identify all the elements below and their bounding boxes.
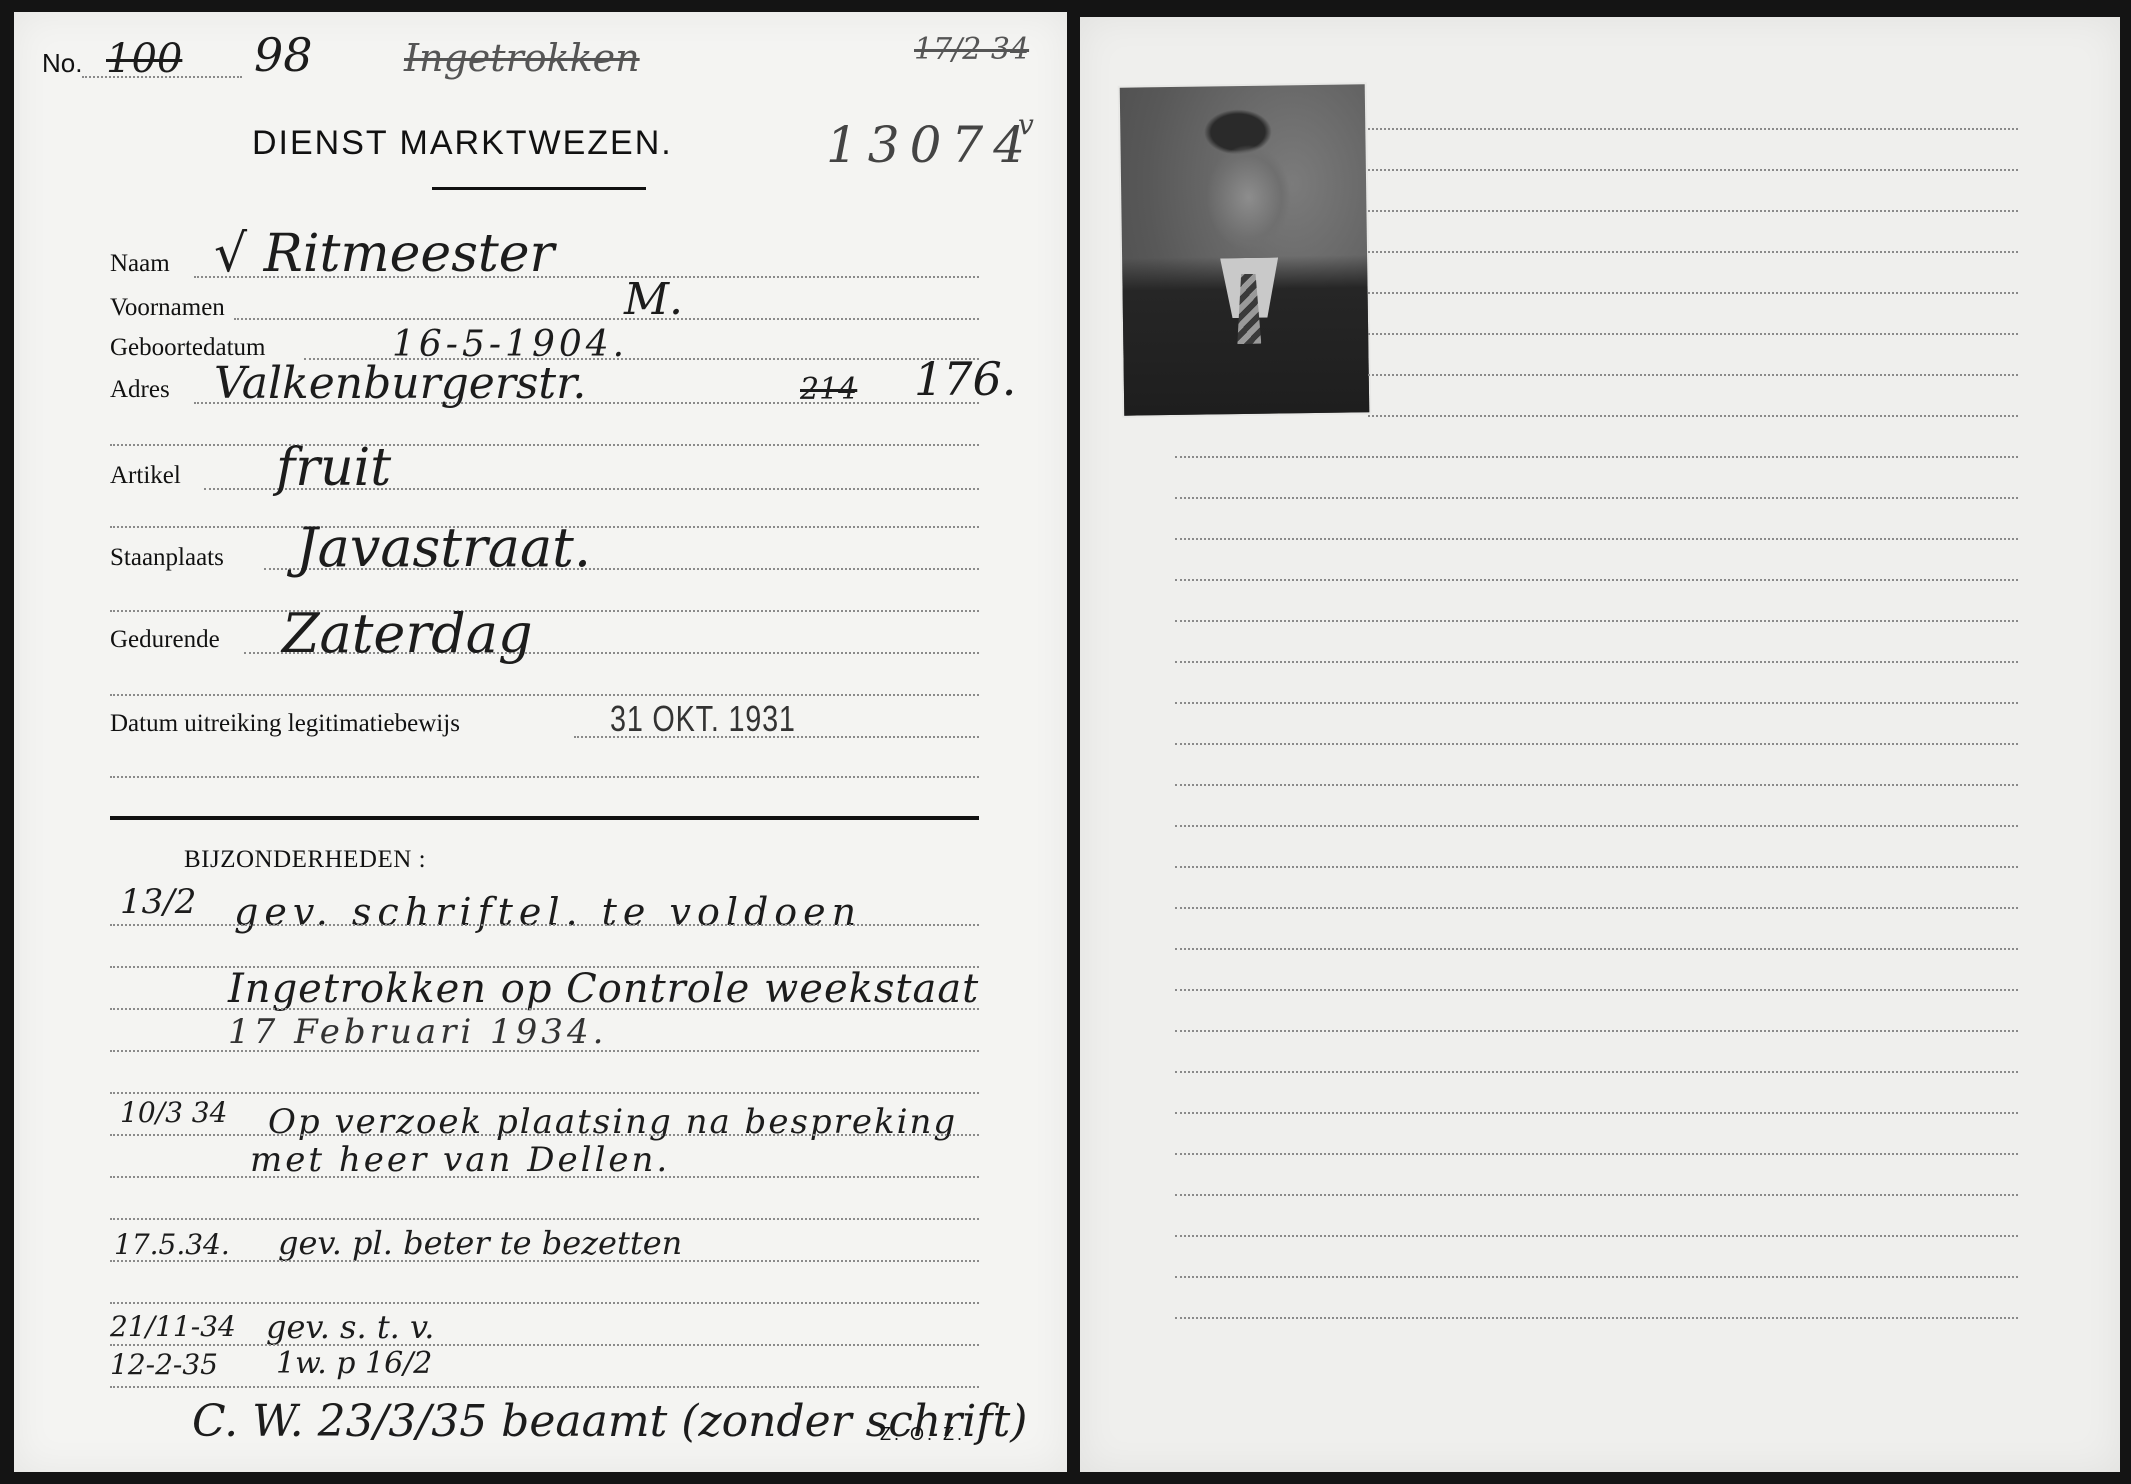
back-ruled-line (1368, 169, 2018, 171)
remark-text: met heer van Dellen. (250, 1140, 670, 1180)
field-line (110, 776, 979, 778)
file-check-mark: v (1018, 108, 1034, 141)
remark-line (110, 1302, 979, 1304)
back-ruled-line (1175, 825, 2018, 827)
remark-text: 1w. p 16/2 (276, 1346, 432, 1381)
field-line (234, 318, 979, 320)
remark-date: 12-2-35 (110, 1348, 218, 1381)
remark-date: 17.5.34. (114, 1228, 230, 1261)
file-number: 13074 (826, 116, 1035, 174)
field-label-adres: Adres (110, 376, 170, 404)
back-ruled-line (1368, 128, 2018, 130)
field-value-adres: Valkenburgerstr. (214, 358, 586, 409)
back-ruled-line (1175, 538, 2018, 540)
remark-line (110, 1008, 979, 1010)
field-line (110, 610, 979, 612)
back-ruled-line (1175, 456, 2018, 458)
remark-line (110, 1050, 979, 1052)
remark-text: gev. pl. beter te bezetten (278, 1224, 682, 1262)
field-label-artikel: Artikel (110, 462, 181, 490)
back-ruled-line (1368, 374, 2018, 376)
turn-over-note: Z. O. Z. (880, 1424, 965, 1445)
remark-line (110, 1218, 979, 1220)
remark-date: 10/3 34 (120, 1096, 227, 1129)
back-ruled-line (1368, 333, 2018, 335)
remark-line (110, 1260, 979, 1262)
title-underline (432, 187, 646, 190)
back-ruled-line (1175, 784, 2018, 786)
remark-text: Op verzoek plaatsing na bespreking (268, 1102, 957, 1142)
card-number: 98 (254, 28, 313, 82)
back-ruled-line (1175, 620, 2018, 622)
field-label-datum-uitreiking: Datum uitreiking legitimatiebewijs (110, 710, 460, 738)
back-ruled-line (1175, 866, 2018, 868)
field-value-artikel: fruit (276, 438, 391, 498)
remark-date: 21/11-34 (110, 1310, 236, 1343)
remark-text: gev. schriftel. te voldoen (234, 890, 862, 934)
page-title: DIENST MARKTWEZEN. (252, 124, 673, 163)
field-value-gedurende: Zaterdag (282, 602, 533, 665)
back-ruled-line (1175, 661, 2018, 663)
field-value-naam: √ Ritmeester (214, 224, 554, 284)
back-ruled-line (1175, 989, 2018, 991)
back-ruled-line (1175, 907, 2018, 909)
field-label-voornamen: Voornamen (110, 294, 225, 322)
back-ruled-line (1368, 415, 2018, 417)
field-line (110, 444, 979, 446)
remark-line (110, 1176, 979, 1178)
number-label: No. (42, 48, 82, 79)
struck-note-date: 17/2 34 (914, 32, 1029, 67)
remark-line (110, 1134, 979, 1136)
back-ruled-line (1175, 1276, 2018, 1278)
remark-line (110, 1344, 979, 1346)
remark-line (110, 924, 979, 926)
field-label-staanplaats: Staanplaats (110, 544, 224, 572)
back-ruled-line (1175, 497, 2018, 499)
number-struck: 100 (106, 36, 182, 82)
back-ruled-line (1175, 743, 2018, 745)
remark-line (110, 1386, 979, 1388)
back-ruled-line (1175, 579, 2018, 581)
field-value-adres-struck: 214 (800, 372, 857, 407)
back-ruled-line (1175, 1153, 2018, 1155)
issue-date-stamp: 31 OKT. 1931 (610, 698, 796, 740)
field-value-voornamen: M. (624, 274, 683, 325)
back-ruled-line (1175, 1071, 2018, 1073)
back-ruled-line (1368, 292, 2018, 294)
remark-line (110, 1092, 979, 1094)
field-value-staanplaats: Javastraat. (296, 516, 591, 579)
section-divider (110, 816, 979, 820)
back-ruled-line (1368, 210, 2018, 212)
registration-card-front: No. 100 98 Ingetrokken 17/2 34 DIENST MA… (14, 12, 1067, 1472)
remarks-heading: BIJZONDERHEDEN : (184, 846, 426, 874)
struck-note: Ingetrokken (404, 36, 640, 80)
field-line (110, 694, 979, 696)
back-ruled-line (1175, 1194, 2018, 1196)
back-ruled-line (1175, 1112, 2018, 1114)
back-ruled-line (1175, 1235, 2018, 1237)
back-ruled-line (1175, 702, 2018, 704)
remark-date: 13/2 (120, 882, 196, 922)
field-label-naam: Naam (110, 250, 170, 278)
remark-text: Ingetrokken op Controle weekstaat (228, 966, 979, 1012)
field-label-gedurende: Gedurende (110, 626, 220, 654)
field-value-adres-number: 176. (914, 352, 1016, 406)
back-ruled-line (1175, 1030, 2018, 1032)
back-ruled-line (1368, 251, 2018, 253)
back-ruled-line (1175, 1317, 2018, 1319)
remark-text: gev. s. t. v. (266, 1308, 434, 1346)
back-ruled-line (1175, 948, 2018, 950)
portrait-photo (1120, 84, 1370, 415)
remark-text: 17 Februari 1934. (228, 1012, 607, 1052)
